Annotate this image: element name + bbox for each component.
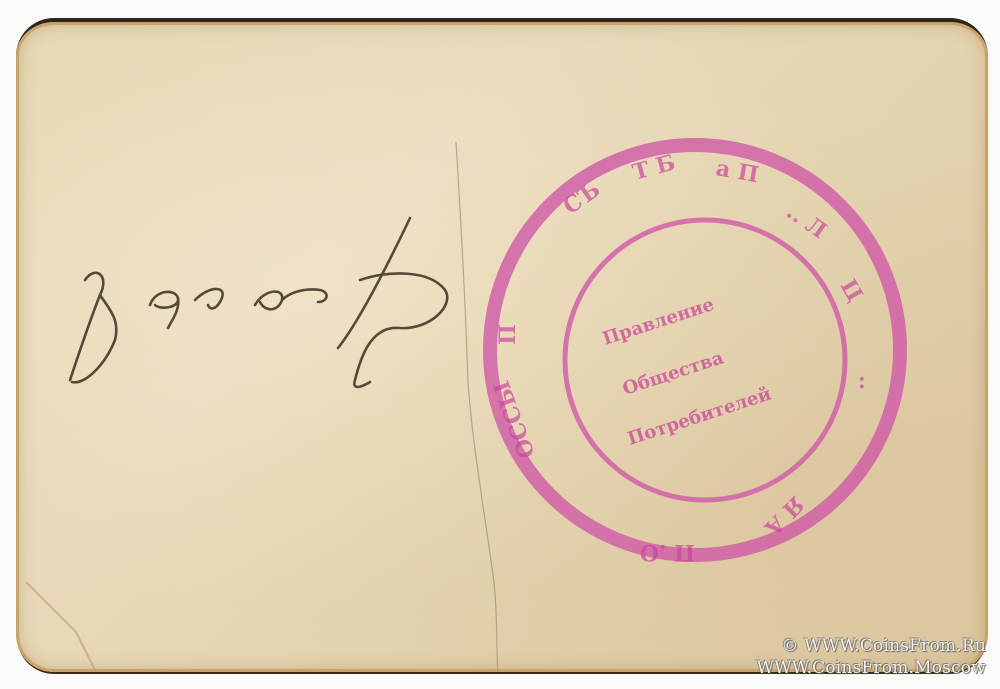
- svg-text:Правление: Правление: [600, 294, 717, 350]
- watermark-line-1: © WWW.CoinsFrom.Ru: [756, 635, 986, 657]
- watermark-line-2: WWW.CoinsFrom.Moscow: [756, 657, 986, 679]
- svg-text:Общества: Общества: [620, 347, 727, 399]
- svg-text:Потребителей: Потребителей: [625, 384, 774, 450]
- svg-text:..: ..: [854, 375, 880, 390]
- handwritten-signature: [60, 210, 460, 410]
- ink-stamp: СЪ Т Б а П .. Л Ц .. Я А П .О ОССЫ П Пра…: [475, 125, 925, 585]
- svg-text:.. Л: .. Л: [782, 199, 832, 245]
- svg-text:Ц: Ц: [835, 275, 868, 306]
- svg-text:П: П: [495, 324, 521, 345]
- watermark: © WWW.CoinsFrom.Ru WWW.CoinsFrom.Moscow: [756, 635, 986, 679]
- svg-text:П .О: П .О: [640, 539, 695, 565]
- svg-text:Я А: Я А: [759, 491, 809, 541]
